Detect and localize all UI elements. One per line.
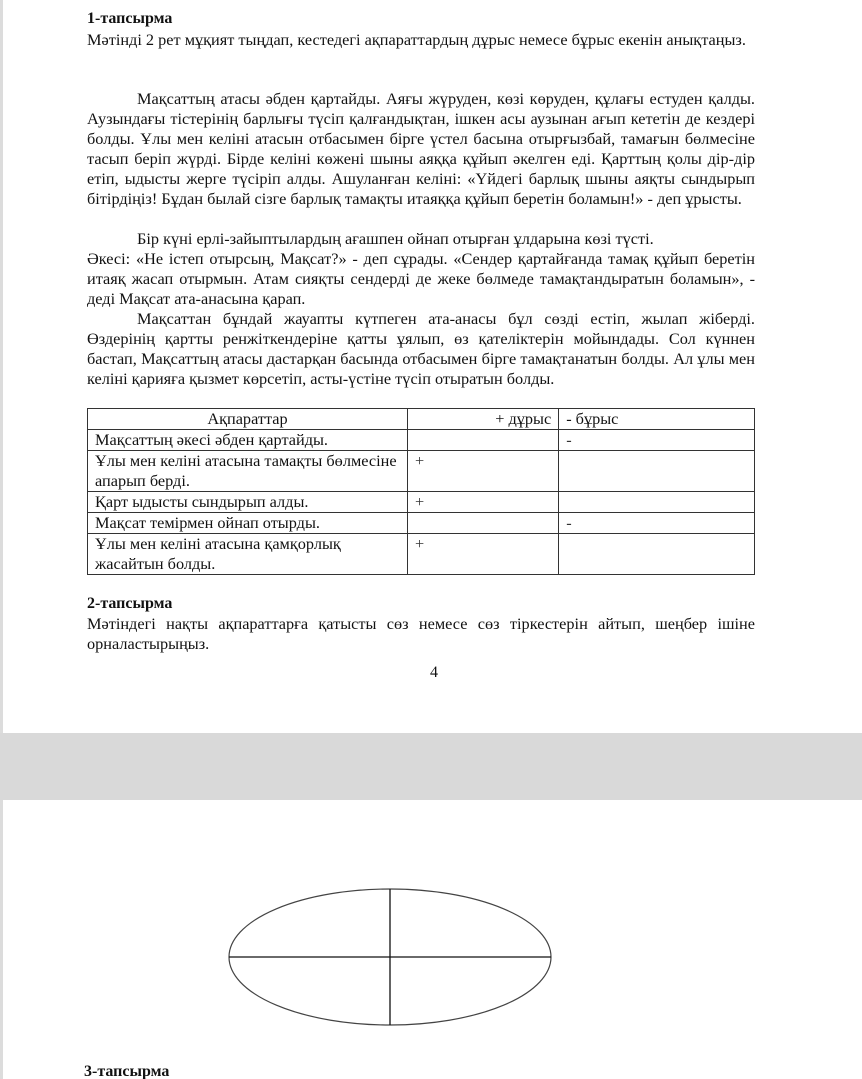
column-header-incorrect: - бұрыс (559, 409, 755, 430)
incorrect-mark-cell: - (559, 513, 755, 534)
incorrect-mark-cell (559, 451, 755, 492)
statement-cell: Мақсат темірмен ойнап отырды. (88, 513, 408, 534)
story-paragraph-2: Бір күні ерлі-зайыптылардың ағашпен ойна… (87, 229, 755, 309)
correct-mark-cell (408, 513, 559, 534)
correct-mark-cell: + (408, 534, 559, 575)
ellipse-diagram (226, 886, 556, 1030)
correct-mark-cell: + (408, 492, 559, 513)
page-number: 4 (3, 664, 862, 682)
task2-heading: 2-тапсырма (87, 594, 755, 614)
story-paragraph-2-first-line: Бір күні ерлі-зайыптылардың ағашпен ойна… (87, 229, 755, 249)
story-paragraph-1: Мақсаттың атасы әбден қартайды. Аяғы жүр… (87, 89, 755, 209)
story-paragraph-2-dialogue: Әкесі: «Не істеп отырсың, Мақсат?» - деп… (87, 249, 755, 309)
statement-cell: Қарт ыдысты сындырып алды. (88, 492, 408, 513)
document-page-4: 1-тапсырма Мәтінді 2 рет мұқият тыңдап, … (0, 0, 862, 733)
incorrect-mark-cell: - (559, 430, 755, 451)
column-header-statements: Ақпараттар (88, 409, 408, 430)
story-paragraph-3: Мақсаттан бұндай жауапты күтпеген ата-ан… (87, 309, 755, 389)
correct-mark-cell (408, 430, 559, 451)
table-row: Ұлы мен келіні атасына тамақты бөлмесіне… (88, 451, 755, 492)
table-header-row: Ақпараттар + дұрыс - бұрыс (88, 409, 755, 430)
statement-cell: Ұлы мен келіні атасына тамақты бөлмесіне… (88, 451, 408, 492)
table-row: Мақсаттың әкесі әбден қартайды.- (88, 430, 755, 451)
table-row: Ұлы мен келіні атасына қамқорлық жасайты… (88, 534, 755, 575)
incorrect-mark-cell (559, 534, 755, 575)
table-row: Қарт ыдысты сындырып алды.+ (88, 492, 755, 513)
task1-heading: 1-тапсырма (87, 9, 755, 29)
statement-cell: Ұлы мен келіні атасына қамқорлық жасайты… (88, 534, 408, 575)
true-false-table: Ақпараттар + дұрыс - бұрыс Мақсаттың әке… (87, 408, 755, 575)
task2-instruction: Мәтіндегі нақты ақпараттарға қатысты сөз… (87, 614, 755, 654)
incorrect-mark-cell (559, 492, 755, 513)
column-header-correct: + дұрыс (408, 409, 559, 430)
task1-instruction: Мәтінді 2 рет мұқият тыңдап, кестедегі а… (87, 30, 755, 50)
statement-cell: Мақсаттың әкесі әбден қартайды. (88, 430, 408, 451)
table-row: Мақсат темірмен ойнап отырды.- (88, 513, 755, 534)
page-gap (0, 733, 862, 800)
task3-heading: 3-тапсырма (84, 1063, 169, 1079)
correct-mark-cell: + (408, 451, 559, 492)
